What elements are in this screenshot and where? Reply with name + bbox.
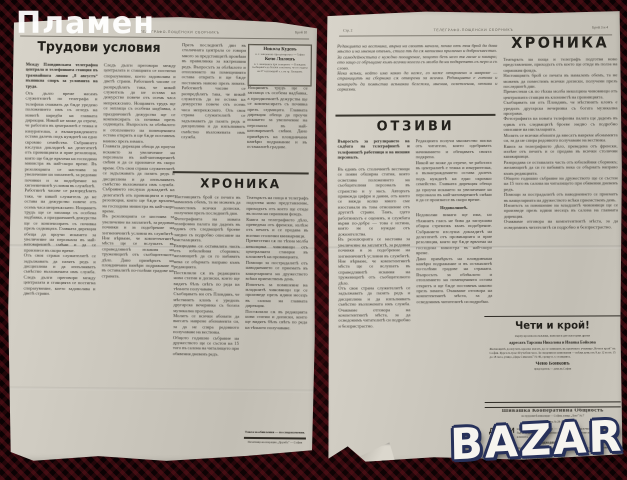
newspaper-page-left: ТЕЛЕГРАФО-ПОЩЕНСКИ СБОРНИКЪ Брой 10 Труд… <box>6 14 320 464</box>
issue-number-right: Брой 3 и 4 <box>592 25 608 29</box>
ad-cheti-subtitle: върху кроежа на мѫжки, женски и детски г… <box>490 333 614 339</box>
reviews-column-2-part-a: Редакцията получи множество писма отъ чи… <box>416 138 492 203</box>
page-number-label: Стр. 2 <box>343 29 352 33</box>
ad-cheti-title: Чети и крой! <box>487 319 618 332</box>
newspaper-page-right: Стр. 2 ТЕЛЕГРАФО-ПОЩЕНСКИ СБОРНИКЪ Брой … <box>325 9 624 463</box>
chronicle-column-1: Настоящиятъ брой се печата въ намаленъ о… <box>172 194 241 447</box>
chronicle-column-right: Театърътъ на поща и телеграфъ подготвя н… <box>503 56 618 314</box>
body-column-3: Презъ последнитѣ дни въ столичната центр… <box>181 42 246 169</box>
article-headline-trudovi-usloviya: Трудови условия <box>27 40 171 57</box>
watermark-bazar-logo: BAZAR <box>450 411 624 470</box>
announcement-line-4: на 27 септемврий т. г. въ гр. Пловдивъ <box>251 70 309 74</box>
reviews-lead: Въпросътъ за регулирането на сѫдбата на … <box>338 138 410 160</box>
chronicle-title-left: ХРОНИКА <box>175 175 306 191</box>
masthead-right: ТЕЛЕГРАФО-ПОЩЕНСКИ СБОРНИКЪ <box>385 28 562 33</box>
ads-divider-double-rule <box>485 401 621 408</box>
chronicle-rule-left <box>173 171 309 175</box>
chronicle-title-right: ХРОНИКА <box>507 33 613 51</box>
ad-cheti-body: Желающитѣ да изучатъ кроежа могатъ да се… <box>489 347 615 359</box>
body-column-1: Отъ дълго време насамъ служителитѣ по те… <box>22 91 98 444</box>
body-column-4: Нощниятъ трудъ ще се заплаща съ особена … <box>247 85 308 170</box>
ad-cheti-i-kroy: Чети и крой! върху кроежа на мѫжки, женс… <box>484 315 620 401</box>
reviews-column-2-part-b: Недоволни винаги ще има, но тѣхниятъ гла… <box>416 212 492 304</box>
reviews-column-1: Въ единъ отъ столичнитѣ вестници се появ… <box>338 166 411 454</box>
photo-of-newspaper: ТЕЛЕГРАФО-ПОЩЕНСКИ СБОРНИКЪ Брой 10 Труд… <box>0 0 627 480</box>
ad-cheti-names: адресахъ Тарсина Николова и Иванка Бойко… <box>488 340 616 346</box>
reviews-rule <box>335 114 495 117</box>
reviews-subhead: Недоволнитѣ. <box>416 205 492 211</box>
ad-cheti-signature-note: председатель — домъ въ София <box>485 366 621 372</box>
footer-note: Такса за обявления — по споразумение. <box>244 430 306 436</box>
reviews-title: ОТЗИВИ <box>339 118 493 135</box>
issue-number-left: Брой 10 <box>295 30 307 34</box>
imprint-line: Печатница кооперация „Дружба“ — София <box>244 440 306 446</box>
chronicle-column-2: Театърътъ на поща и телеграфъ подготвя н… <box>244 195 308 428</box>
watermark-plamen: Пламен <box>16 6 155 41</box>
engagement-announcement-box: Никола Кудевъ п. т. чиновникъ при центра… <box>248 44 312 87</box>
editorial-intro: Редакцията на вестника, вѣрна на своитѣ … <box>337 43 497 114</box>
reviews-column-2: Редакцията получи множество писма отъ чи… <box>416 138 493 456</box>
article-standfirst: Между Пловдивската телеграфна централа и… <box>26 62 98 90</box>
imprint-rule <box>244 437 306 439</box>
